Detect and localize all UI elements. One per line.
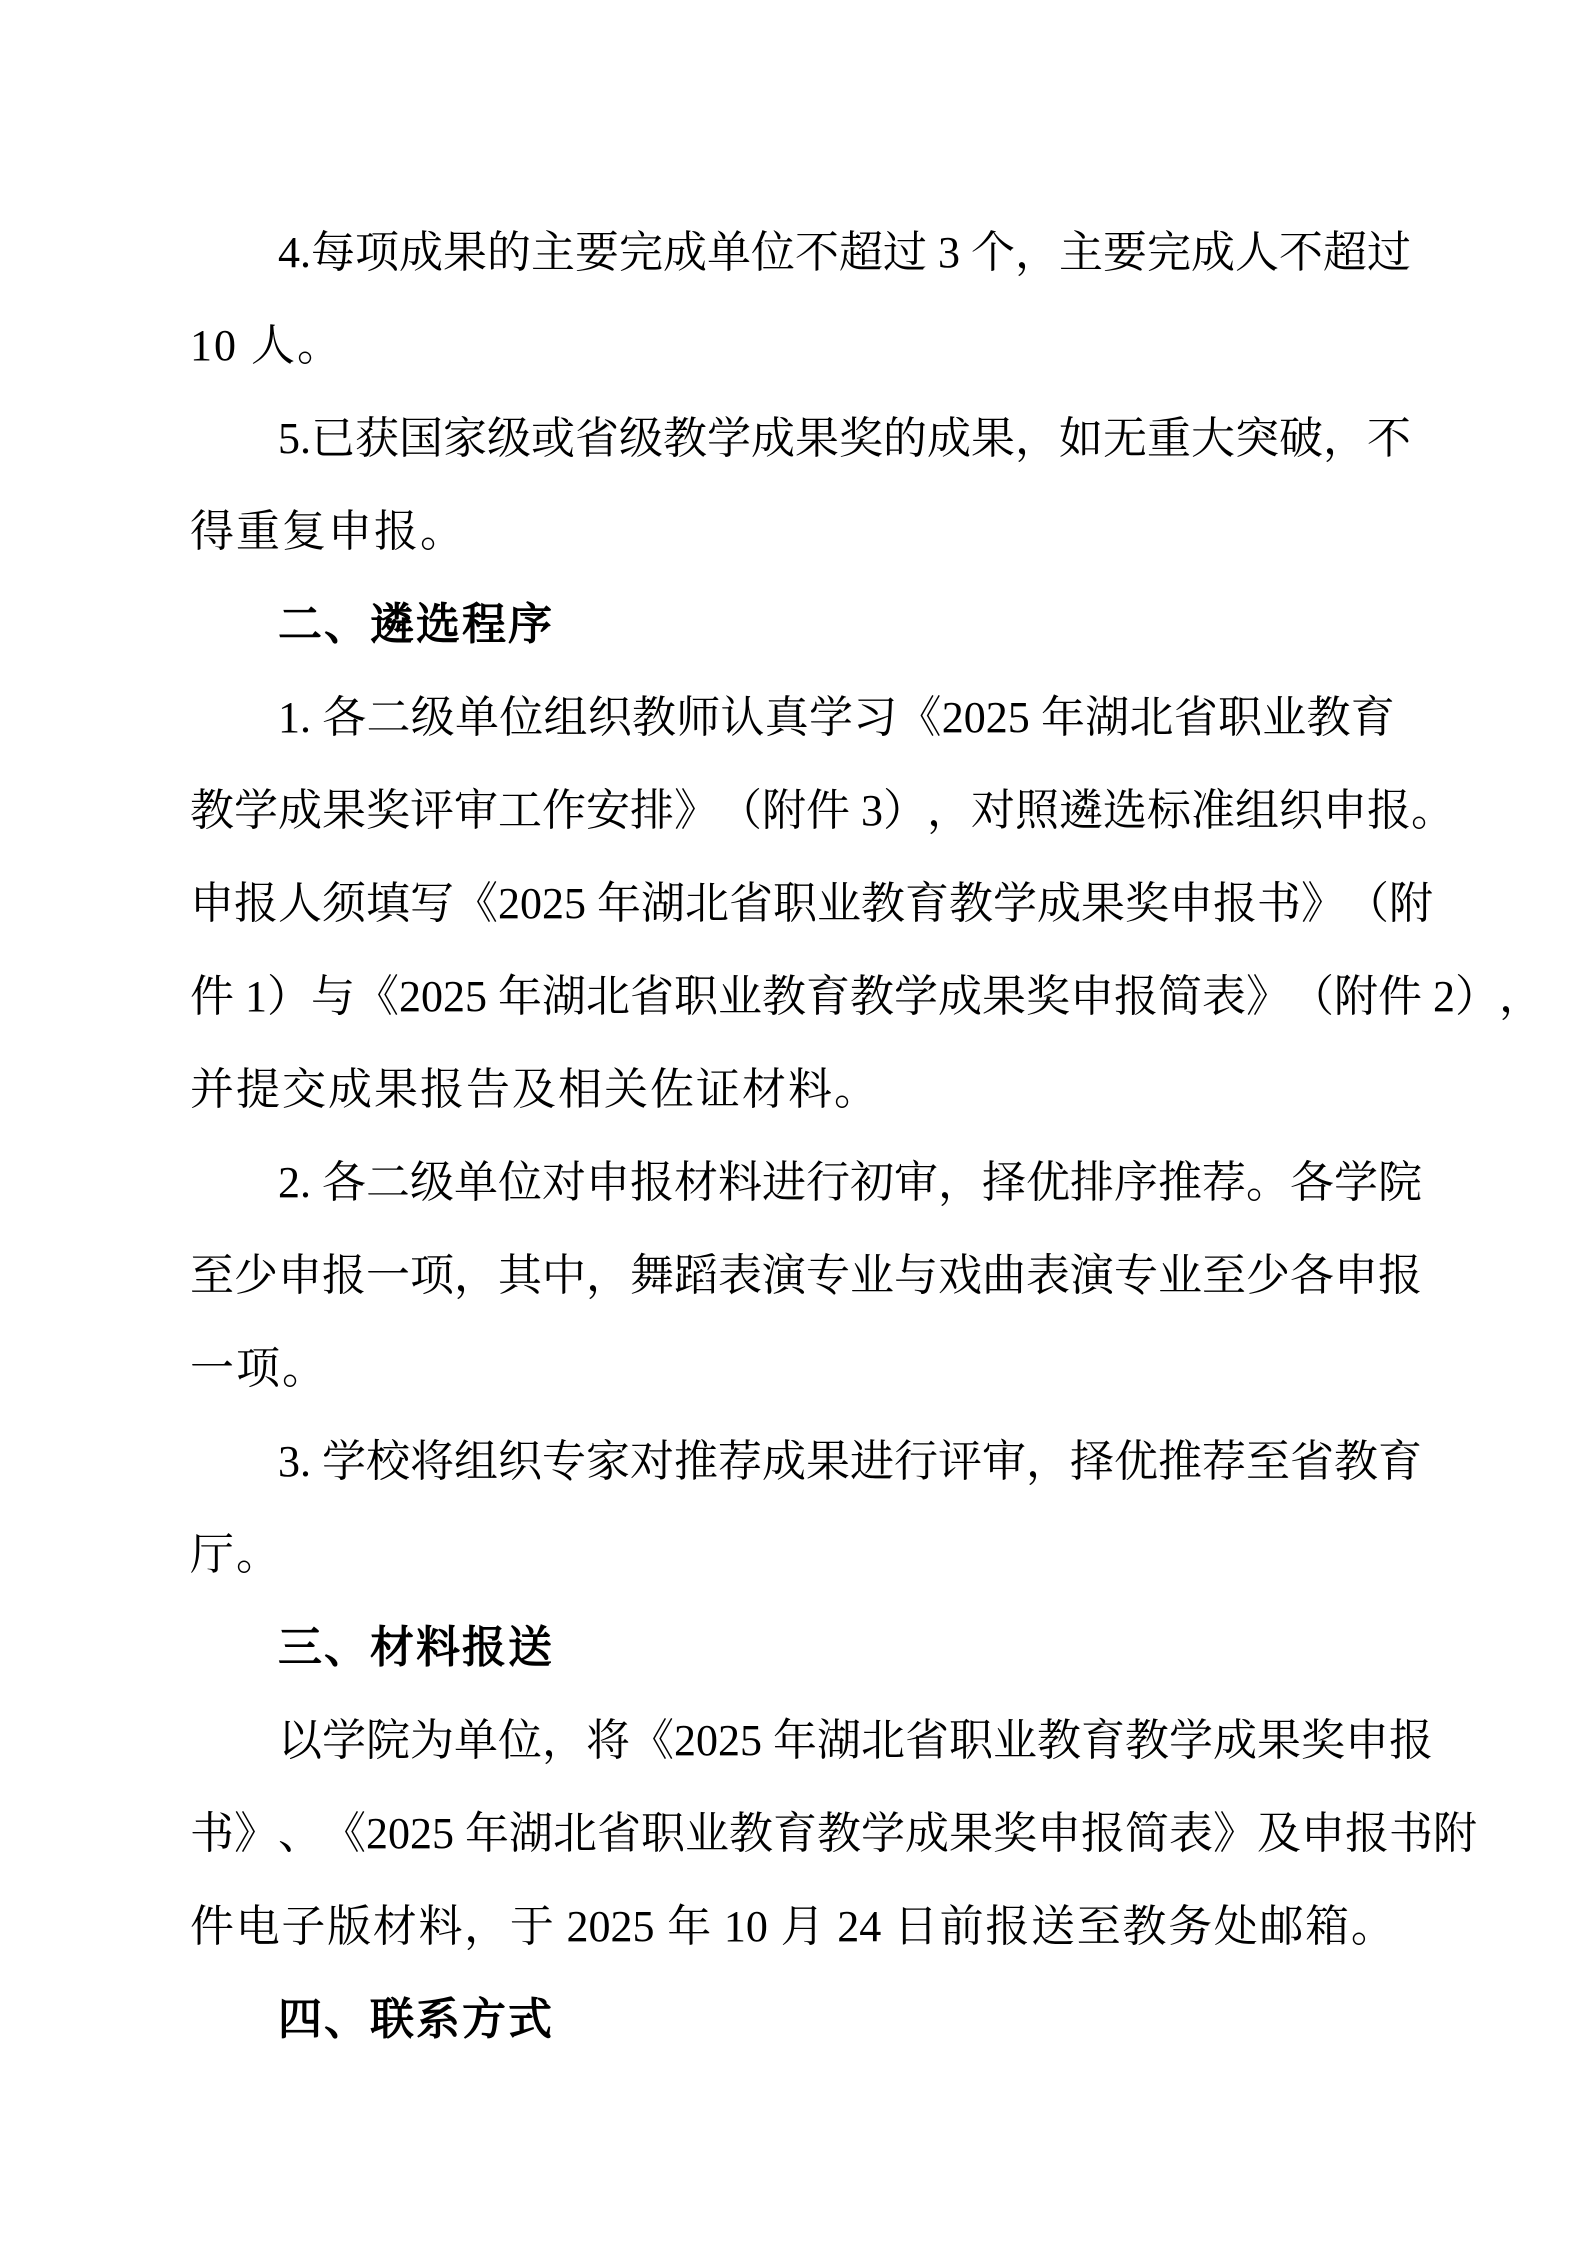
body-text-line: 1. 各二级单位组织教师认真学习《2025 年湖北省职业教育 bbox=[190, 671, 1395, 764]
section-heading: 四、联系方式 bbox=[190, 1973, 1395, 2066]
body-text-line: 4.每项成果的主要完成单位不超过 3 个，主要完成人不超过 bbox=[190, 206, 1395, 299]
body-text-line: 5.已获国家级或省级教学成果奖的成果，如无重大突破，不 bbox=[190, 392, 1395, 485]
body-text-line: 并提交成果报告及相关佐证材料。 bbox=[190, 1043, 1395, 1136]
body-text-line: 件 1）与《2025 年湖北省职业教育教学成果奖申报简表》（附件 2）， bbox=[190, 950, 1395, 1043]
body-text-line: 10 人。 bbox=[190, 299, 1395, 392]
body-text-line: 申报人须填写《2025 年湖北省职业教育教学成果奖申报书》（附 bbox=[190, 857, 1395, 950]
body-text-line: 至少申报一项，其中，舞蹈表演专业与戏曲表演专业至少各申报 bbox=[190, 1229, 1395, 1322]
text-lines: 4.每项成果的主要完成单位不超过 3 个，主要完成人不超过 10 人。 5.已获… bbox=[190, 206, 1395, 2066]
body-text-line: 书》、《2025 年湖北省职业教育教学成果奖申报简表》及申报书附 bbox=[190, 1787, 1395, 1880]
body-text-line: 件电子版材料，于 2025 年 10 月 24 日前报送至教务处邮箱。 bbox=[190, 1880, 1395, 1973]
body-text-line: 得重复申报。 bbox=[190, 485, 1395, 578]
body-text-line: 厅。 bbox=[190, 1508, 1395, 1601]
body-text-line: 3. 学校将组织专家对推荐成果进行评审，择优推荐至省教育 bbox=[190, 1415, 1395, 1508]
body-text-line: 一项。 bbox=[190, 1322, 1395, 1415]
document-page: 4.每项成果的主要完成单位不超过 3 个，主要完成人不超过 10 人。 5.已获… bbox=[0, 0, 1587, 2245]
body-text-line: 教学成果奖评审工作安排》（附件 3），对照遴选标准组织申报。 bbox=[190, 764, 1395, 857]
section-heading: 二、遴选程序 bbox=[190, 578, 1395, 671]
body-text-line: 2. 各二级单位对申报材料进行初审，择优排序推荐。各学院 bbox=[190, 1136, 1395, 1229]
body-text-line: 以学院为单位，将《2025 年湖北省职业教育教学成果奖申报 bbox=[190, 1694, 1395, 1787]
section-heading: 三、材料报送 bbox=[190, 1601, 1395, 1694]
